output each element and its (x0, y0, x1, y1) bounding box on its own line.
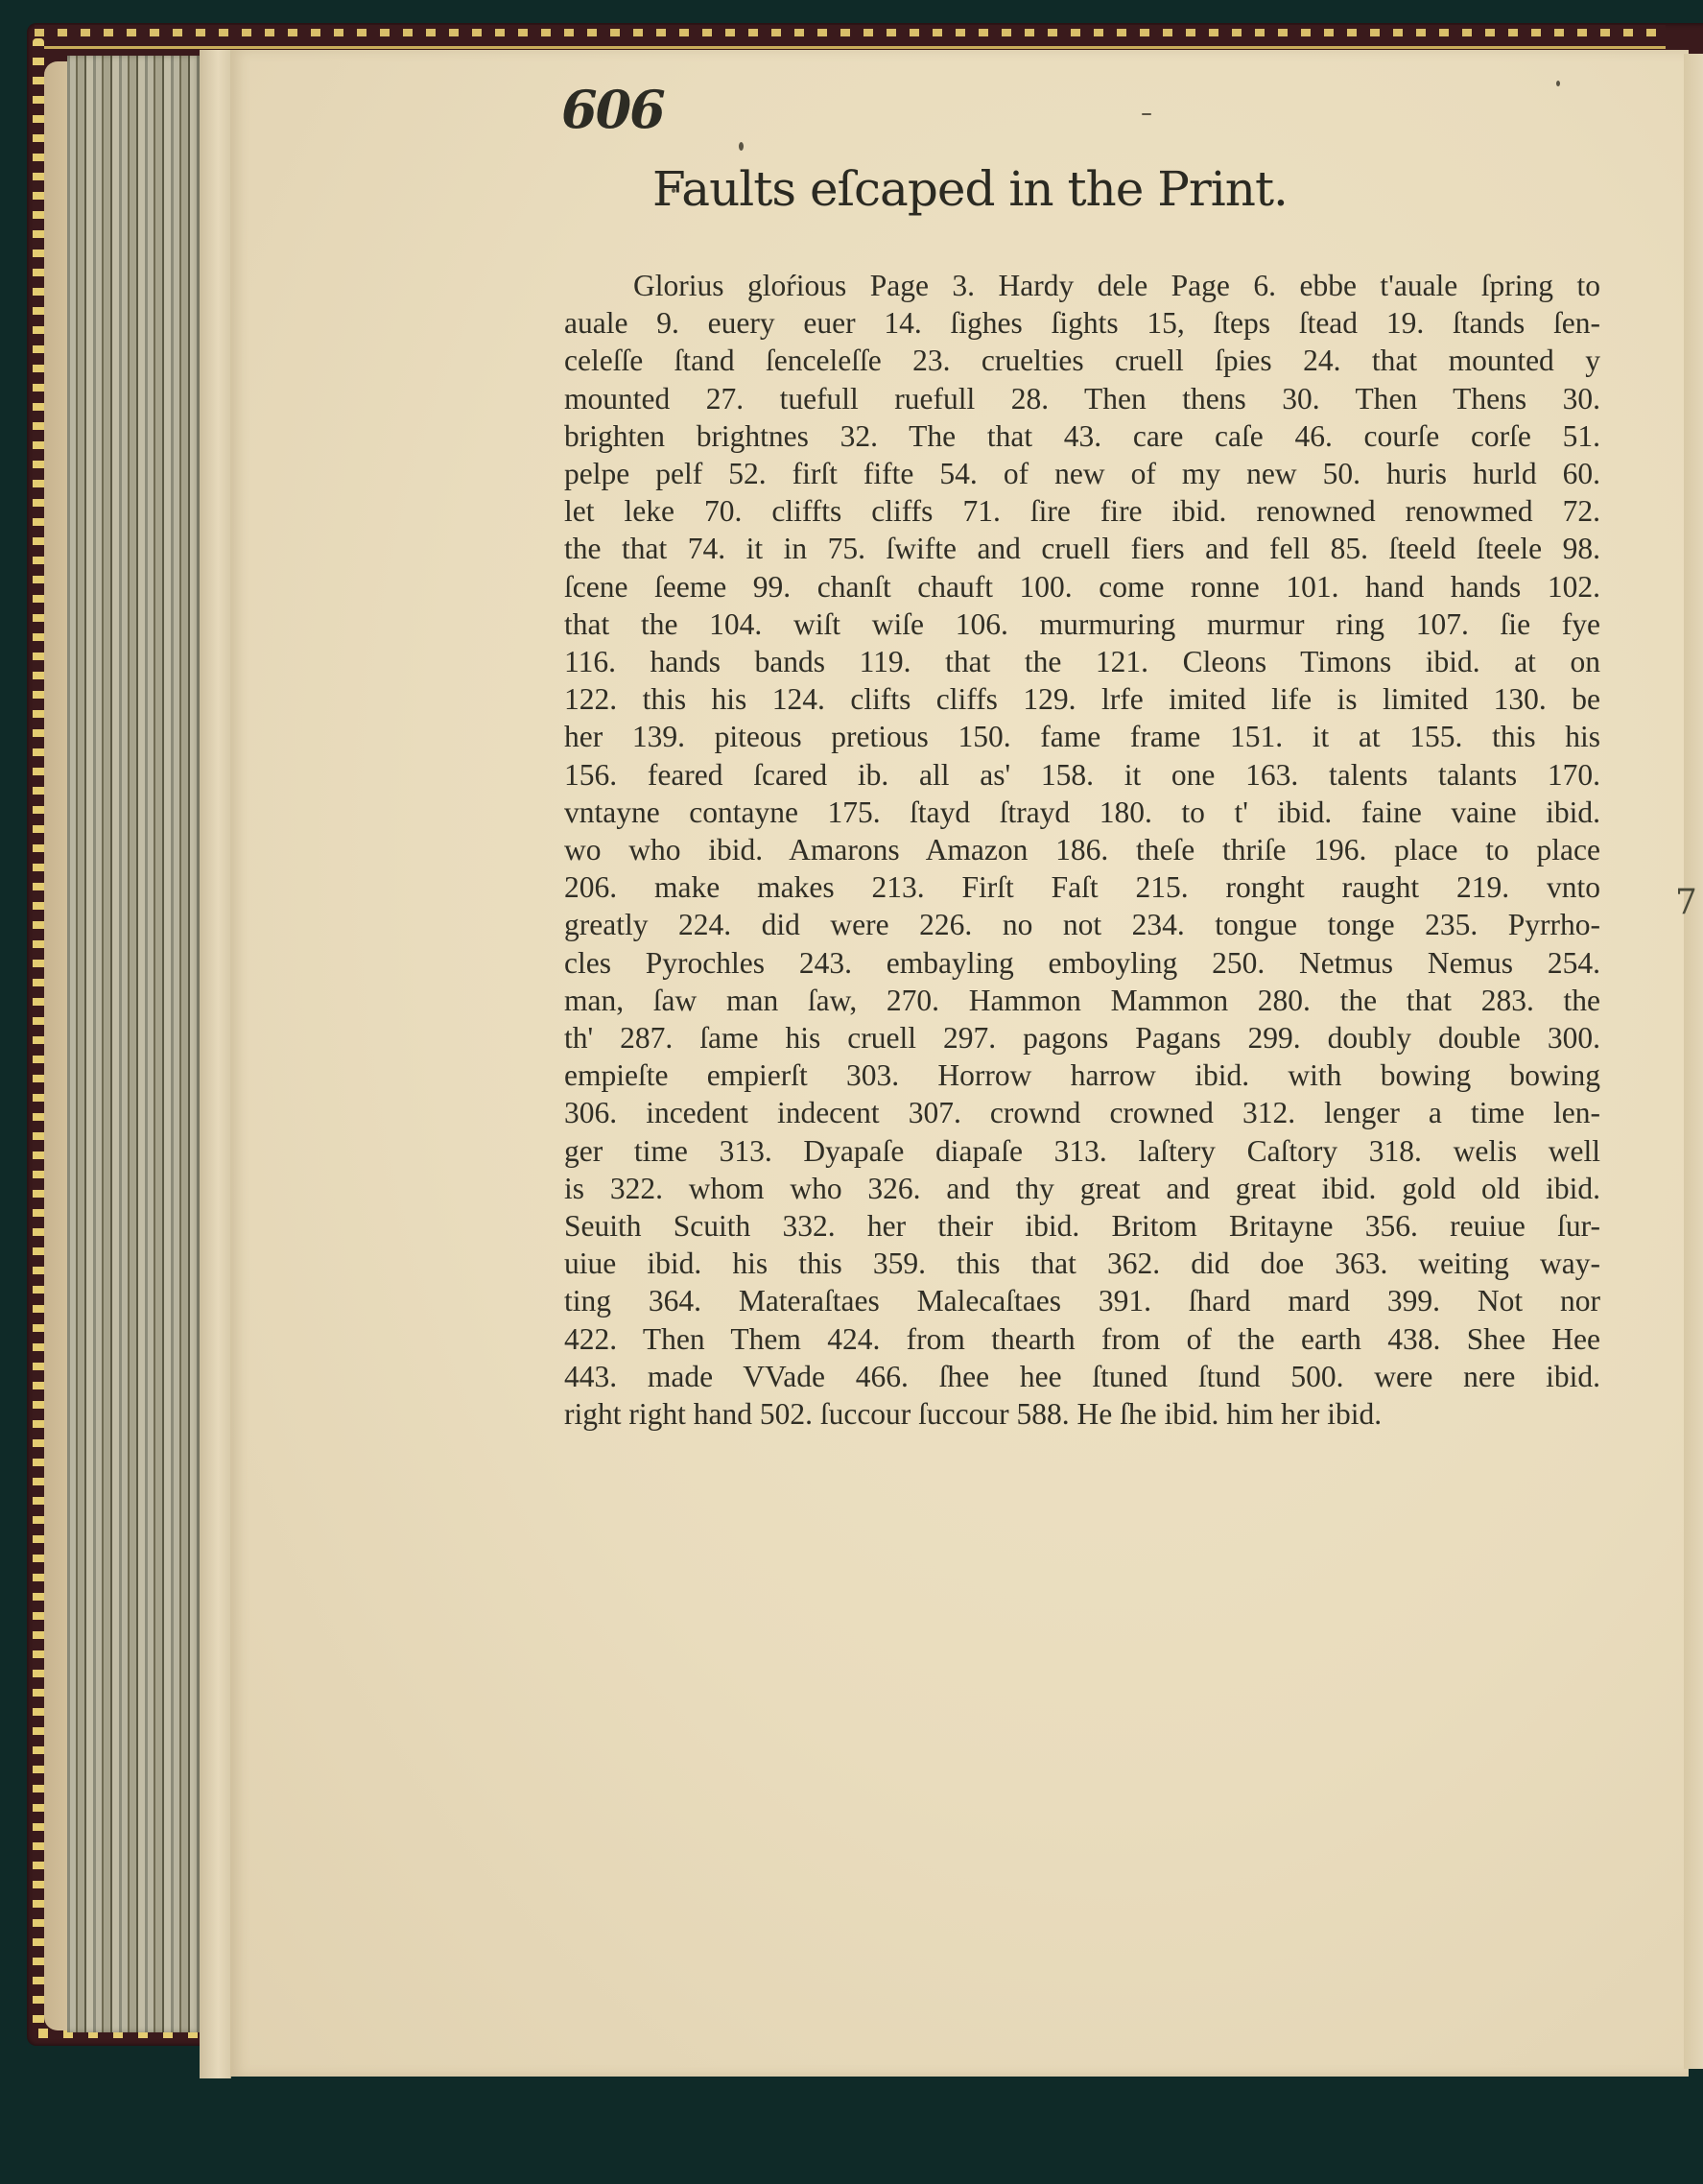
errata-line: Glorius gloŕious Page 3. Hardy dele Page… (564, 267, 1600, 304)
errata-line: ting 364. Materaſtaes Malecaſtaes 391. ſ… (564, 1282, 1600, 1319)
paper-speck (672, 188, 675, 193)
errata-line: is 322. whom who 326. and thy great and … (564, 1170, 1600, 1207)
errata-line: 206. make makes 213. Firſt Faſt 215. ron… (564, 868, 1600, 906)
errata-line: ger time 313. Dyapaſe diapaſe 313. laſte… (564, 1132, 1600, 1170)
errata-line: 116. hands bands 119. that the 121. Cleo… (564, 643, 1600, 680)
stacked-page-edges (67, 56, 201, 2032)
errata-line: cles Pyrochles 243. embayling emboyling … (564, 944, 1600, 982)
page-gutter (200, 50, 231, 2078)
errata-line: the that 74. it in 75. ſwifte and cruell… (564, 530, 1600, 567)
errata-line: 306. incedent indecent 307. crownd crown… (564, 1094, 1600, 1131)
errata-line: th' 287. ſame his cruell 297. pagons Pag… (564, 1019, 1600, 1056)
errata-line: right right hand 502. ſuccour ſuccour 58… (564, 1395, 1600, 1433)
errata-text: Glorius gloŕious Page 3. Hardy dele Page… (564, 267, 1600, 1433)
errata-line: 156. feared ſcared ib. all as' 158. it o… (564, 756, 1600, 794)
errata-line: vntayne contayne 175. ſtayd ſtrayd 180. … (564, 794, 1600, 831)
paper-speck (1142, 113, 1151, 115)
errata-line: her 139. piteous pretious 150. fame fram… (564, 718, 1600, 755)
errata-line: greatly 224. did were 226. no not 234. t… (564, 906, 1600, 943)
errata-line: let leke 70. cliffts cliffs 71. ſire fir… (564, 492, 1600, 530)
errata-line: 122. this his 124. clifts cliffs 129. lr… (564, 680, 1600, 718)
paper-speck (1556, 81, 1560, 86)
page-number: 606 (561, 79, 664, 140)
errata-line: that the 104. wiſt wiſe 106. murmuring m… (564, 605, 1600, 643)
errata-line: empieſte empierſt 303. Horrow harrow ibi… (564, 1056, 1600, 1094)
errata-line: celeſſe ſtand ſenceleſſe 23. cruelties c… (564, 342, 1600, 379)
errata-line: auale 9. euery euer 14. ſighes ſights 15… (564, 304, 1600, 342)
gilt-border-top (35, 25, 1666, 49)
errata-line: mounted 27. tuefull ruefull 28. Then the… (564, 380, 1600, 417)
page-title: Faults eſcaped in the Print. (652, 161, 1420, 217)
errata-line: 422. Then Them 424. from thearth from of… (564, 1320, 1600, 1358)
paper-speck (739, 142, 744, 151)
gilt-border-left (33, 38, 44, 2034)
errata-line: brighten brightnes 32. The that 43. care… (564, 417, 1600, 455)
page-fore-edge (1684, 54, 1703, 2069)
errata-line: 443. made VVade 466. ſhee hee ſtuned ſtu… (564, 1358, 1600, 1395)
errata-line: man, ſaw man ſaw, 270. Hammon Mammon 280… (564, 982, 1600, 1019)
errata-line: Seuith Scuith 332. her their ibid. Brito… (564, 1207, 1600, 1245)
errata-line: pelpe pelf 52. firſt fifte 54. of new of… (564, 455, 1600, 492)
margin-mark: 7 (1675, 883, 1697, 922)
errata-line: wo who ibid. Amarons Amazon 186. theſe t… (564, 831, 1600, 868)
errata-line: ſcene ſeeme 99. chanſt chauft 100. come … (564, 568, 1600, 605)
errata-line: uiue ibid. his this 359. this that 362. … (564, 1245, 1600, 1282)
